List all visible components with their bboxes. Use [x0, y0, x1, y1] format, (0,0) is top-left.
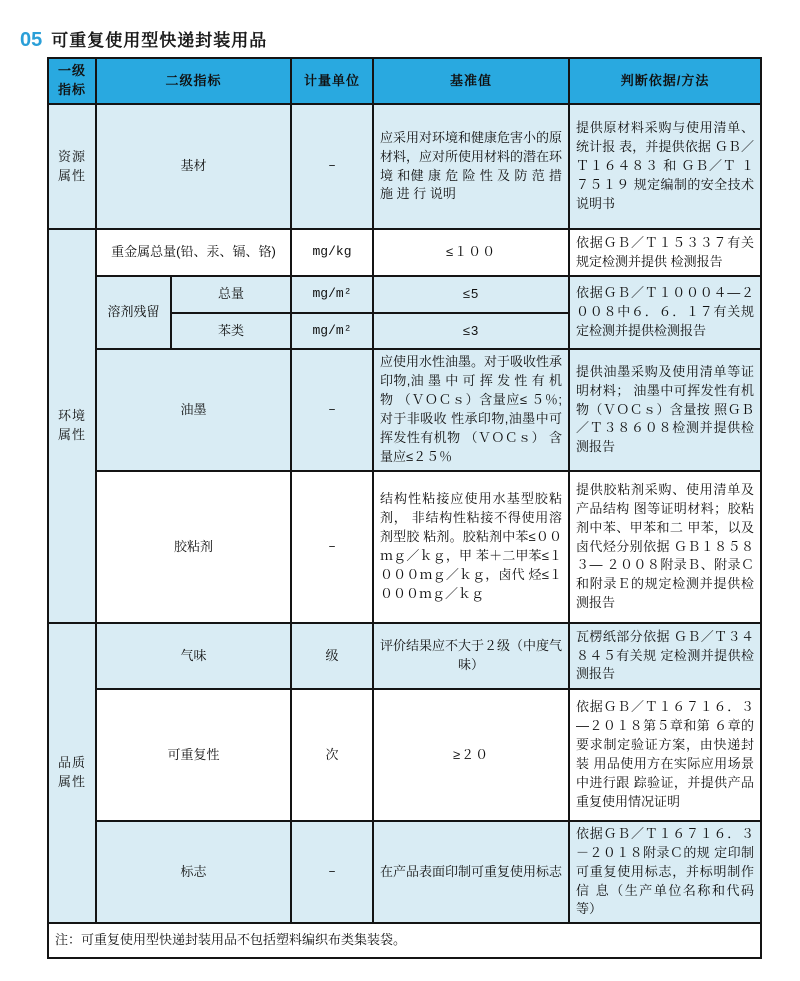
header-benchmark: 基准值 [373, 58, 569, 104]
section-number: 05 [20, 29, 42, 52]
cell-indicator-solvent-total: 总量 [171, 276, 291, 313]
document-page: 05 可重复使用型快递封装用品 一级指标 二级指标 计量单位 基准值 判断依据/… [0, 0, 800, 981]
cell-level1-environment: 环境属性 [48, 229, 96, 623]
cell-unit-ink: – [291, 349, 373, 471]
cell-value-odor: 评价结果应不大于２级（中度气味） [373, 623, 569, 689]
cell-basis-reusability: 依据ＧＢ／Ｔ１６７１６．３—２０１８第５章和第 ６章的要求制定验证方案，由快递封… [569, 689, 761, 821]
header-level1: 一级指标 [48, 58, 96, 104]
table-row: 溶剂残留 总量 mg/m² ≤5 依据ＧＢ／Ｔ１０００４—２００８中６．６．１７… [48, 276, 761, 313]
cell-unit-heavy-metal: mg/kg [291, 229, 373, 276]
cell-value-mark: 在产品表面印制可重复使用标志 [373, 821, 569, 923]
cell-basis-substrate: 提供原材料采购与使用清单、统计报 表，并提供依据 ＧＢ／Ｔ１６４８３ 和 ＧＢ／… [569, 104, 761, 229]
cell-value-heavy-metal: ≤１００ [373, 229, 569, 276]
cell-value-ink: 应使用水性油墨。对于吸收性承印物,油 墨 中 可 挥 发 性 有 机 物 （ＶＯ… [373, 349, 569, 471]
table-row: 品质属性 气味 级 评价结果应不大于２级（中度气味） 瓦楞纸部分依据 ＧＢ／Ｔ３… [48, 623, 761, 689]
cell-unit-odor: 级 [291, 623, 373, 689]
cell-unit-adhesive: – [291, 471, 373, 623]
cell-basis-ink: 提供油墨采购及使用清单等证明材料； 油墨中可挥发性有机物（ＶＯＣｓ）含量按 照Ｇ… [569, 349, 761, 471]
cell-value-solvent-benzene: ≤3 [373, 313, 569, 349]
cell-indicator-heavy-metal: 重金属总量(铅、汞、镉、铬) [96, 229, 291, 276]
table-header-row: 一级指标 二级指标 计量单位 基准值 判断依据/方法 [48, 58, 761, 104]
cell-indicator-mark: 标志 [96, 821, 291, 923]
table-row: 资源属性 基材 – 应采用对环境和健康危害小的原 材料，应对所使用材料的潜在环境… [48, 104, 761, 229]
cell-indicator-reusability: 可重复性 [96, 689, 291, 821]
table-row: 油墨 – 应使用水性油墨。对于吸收性承印物,油 墨 中 可 挥 发 性 有 机 … [48, 349, 761, 471]
cell-value-substrate: 应采用对环境和健康危害小的原 材料，应对所使用材料的潜在环境 和健 康 危 险 … [373, 104, 569, 229]
cell-unit-substrate: – [291, 104, 373, 229]
table-note: 注：可重复使用型快递封装用品不包括塑料编织布类集装袋。 [48, 923, 761, 958]
cell-value-solvent-total: ≤5 [373, 276, 569, 313]
cell-basis-odor: 瓦楞纸部分依据 ＧＢ／Ｔ３４８４５有关规 定检测并提供检测报告 [569, 623, 761, 689]
header-level2: 二级指标 [96, 58, 291, 104]
table-row: 标志 – 在产品表面印制可重复使用标志 依据ＧＢ／Ｔ１６７１６．３－２０１８附录… [48, 821, 761, 923]
section-title: 可重复使用型快递封装用品 [51, 26, 267, 51]
cell-basis-adhesive: 提供胶粘剂采购、使用清单及产品结构 图等证明材料；胶粘剂中苯、甲苯和二 甲苯，以… [569, 471, 761, 623]
cell-basis-solvent-residue: 依据ＧＢ／Ｔ１０００４—２００８中６．６．１７有关规定检测并提供检测报告 [569, 276, 761, 349]
cell-value-adhesive: 结构性粘接应使用水基型胶粘剂， 非结构性粘接不得使用溶剂型胶 粘剂。胶粘剂中苯≤… [373, 471, 569, 623]
cell-unit-reusability: 次 [291, 689, 373, 821]
header-basis: 判断依据/方法 [569, 58, 761, 104]
page-title: 05 可重复使用型快递封装用品 [20, 26, 267, 52]
table-row: 胶粘剂 – 结构性粘接应使用水基型胶粘剂， 非结构性粘接不得使用溶剂型胶 粘剂。… [48, 471, 761, 623]
cell-unit-solvent-benzene: mg/m² [291, 313, 373, 349]
cell-indicator-adhesive: 胶粘剂 [96, 471, 291, 623]
cell-indicator-substrate: 基材 [96, 104, 291, 229]
cell-indicator-solvent-benzene: 苯类 [171, 313, 291, 349]
header-unit: 计量单位 [291, 58, 373, 104]
cell-level1-quality: 品质属性 [48, 623, 96, 923]
cell-indicator-ink: 油墨 [96, 349, 291, 471]
cell-basis-heavy-metal: 依据ＧＢ／Ｔ１５３３７有关规定检测并提供 检测报告 [569, 229, 761, 276]
cell-value-reusability: ≥２０ [373, 689, 569, 821]
cell-level1-resource: 资源属性 [48, 104, 96, 229]
table-row: 环境属性 重金属总量(铅、汞、镉、铬) mg/kg ≤１００ 依据ＧＢ／Ｔ１５３… [48, 229, 761, 276]
cell-basis-mark: 依据ＧＢ／Ｔ１６７１６．３－２０１８附录Ｃ的规 定印制可重复使用标志，并标明制作… [569, 821, 761, 923]
cell-unit-solvent-total: mg/m² [291, 276, 373, 313]
cell-unit-mark: – [291, 821, 373, 923]
spec-table: 一级指标 二级指标 计量单位 基准值 判断依据/方法 资源属性 基材 – 应采用… [47, 57, 762, 959]
table-note-row: 注：可重复使用型快递封装用品不包括塑料编织布类集装袋。 [48, 923, 761, 958]
table-row: 可重复性 次 ≥２０ 依据ＧＢ／Ｔ１６７１６．３—２０１８第５章和第 ６章的要求… [48, 689, 761, 821]
cell-group-solvent-residue: 溶剂残留 [96, 276, 171, 349]
cell-indicator-odor: 气味 [96, 623, 291, 689]
